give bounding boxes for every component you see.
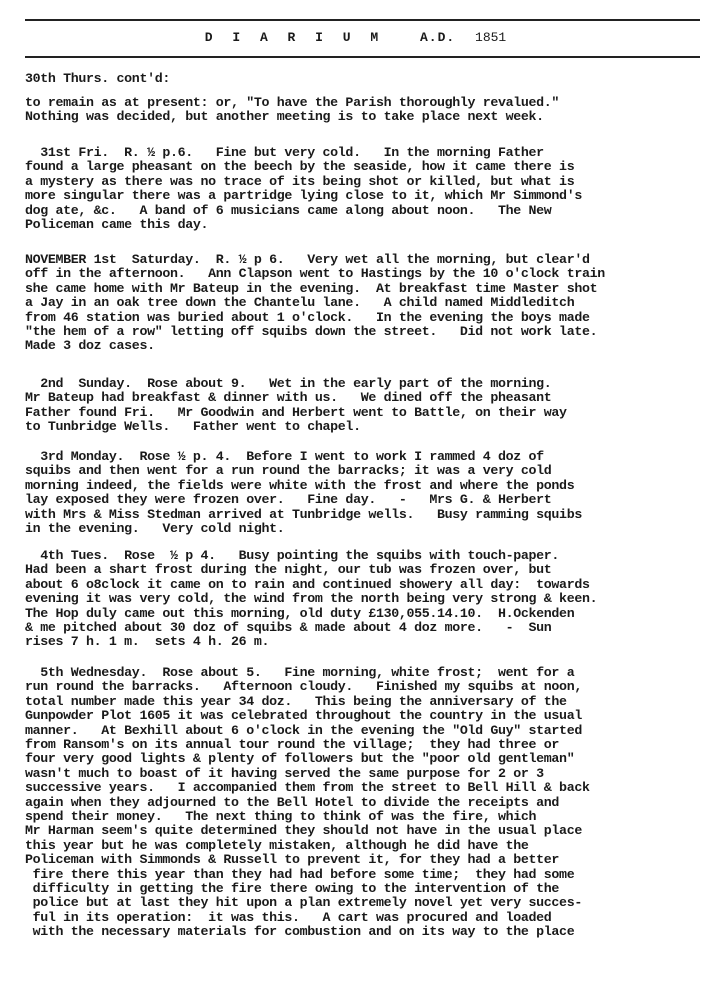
entry-line: fire there this year than they had had b…	[25, 868, 574, 882]
entry-line: Mr Harman seem's quite determined they s…	[25, 824, 582, 838]
entry-line: Gunpowder Plot 1605 it was celebrated th…	[25, 709, 582, 723]
entry-line: Mr Bateup had breakfast & dinner with us…	[25, 391, 551, 405]
entry-line: Father found Fri. Mr Goodwin and Herbert…	[25, 406, 567, 420]
header-title: D I A R I U M	[205, 30, 384, 45]
entry-line: this year but he was completely mistaken…	[25, 839, 529, 853]
header-top-rule	[25, 19, 700, 21]
page-header: D I A R I U M A.D. 1851	[0, 30, 711, 45]
entry-line: morning indeed, the fields were white wi…	[25, 479, 574, 493]
entry-line: dog ate, &c. A band of 6 musicians came …	[25, 204, 551, 218]
entry-line: spend their money. The next thing to thi…	[25, 810, 536, 824]
entry-line: 4th Tues. Rose ½ p 4. Busy pointing the …	[25, 549, 559, 563]
entry-line: successive years. I accompanied them fro…	[25, 781, 590, 795]
entry-line: off in the afternoon. Ann Clapson went t…	[25, 267, 605, 281]
entry-line: 3rd Monday. Rose ½ p. 4. Before I went t…	[25, 450, 544, 464]
entry-line: 2nd Sunday. Rose about 9. Wet in the ear…	[25, 377, 551, 391]
entry-line: & me pitched about 30 doz of squibs & ma…	[25, 621, 551, 635]
entry-line: Had been a shart frost during the night,…	[25, 563, 551, 577]
header-bottom-rule	[25, 56, 700, 58]
continuation-label: 30th Thurs. cont'd:	[25, 72, 170, 86]
entry-line: "the hem of a row" letting off squibs do…	[25, 325, 597, 339]
header-era: A.D.	[420, 30, 455, 45]
entry-line: Policeman with Simmonds & Russell to pre…	[25, 853, 559, 867]
entry-line: ful in its operation: it was this. A car…	[25, 911, 551, 925]
entry-line: to Tunbridge Wells. Father went to chape…	[25, 420, 361, 434]
entry-line: more singular there was a partridge lyin…	[25, 189, 582, 203]
entry-line: run round the barracks. Afternoon cloudy…	[25, 680, 582, 694]
entry-line: squibs and then went for a run round the…	[25, 464, 551, 478]
entry-line: a mystery as there was no trace of its b…	[25, 175, 574, 189]
entry-line: NOVEMBER 1st Saturday. R. ½ p 6. Very we…	[25, 253, 590, 267]
entry-line: The Hop duly came out this morning, old …	[25, 607, 574, 621]
diary-page: D I A R I U M A.D. 1851 30th Thurs. cont…	[0, 0, 711, 982]
entry-line: she came home with Mr Bateup in the even…	[25, 282, 597, 296]
entry-line: evening it was very cold, the wind from …	[25, 592, 597, 606]
entry-line: a Jay in an oak tree down the Chantelu l…	[25, 296, 574, 310]
entry-line: with Mrs & Miss Stedman arrived at Tunbr…	[25, 508, 582, 522]
entry-line: total number made this year 34 doz. This…	[25, 695, 567, 709]
entry-line: four very good lights & plenty of follow…	[25, 752, 574, 766]
entry-line: from 46 station was buried about 1 o'clo…	[25, 311, 590, 325]
entry-line: 5th Wednesday. Rose about 5. Fine mornin…	[25, 666, 574, 680]
entry-line: about 6 o8clock it came on to rain and c…	[25, 578, 590, 592]
entry-line: to remain as at present: or, "To have th…	[25, 96, 559, 110]
header-year: 1851	[475, 30, 506, 45]
entry-line: found a large pheasant on the beech by t…	[25, 160, 574, 174]
entry-line: from Ransom's on its annual tour round t…	[25, 738, 559, 752]
entry-line: with the necessary materials for combust…	[25, 925, 574, 939]
entry-line: 31st Fri. R. ½ p.6. Fine but very cold. …	[25, 146, 544, 160]
entry-line: difficulty in getting the fire there owi…	[25, 882, 559, 896]
entry-line: in the evening. Very cold night.	[25, 522, 284, 536]
entry-line: manner. At Bexhill about 6 o'clock in th…	[25, 724, 582, 738]
entry-line: Policeman came this day.	[25, 218, 208, 232]
entry-line: police but at last they hit upon a plan …	[25, 896, 582, 910]
entry-line: again when they adjourned to the Bell Ho…	[25, 796, 559, 810]
entry-line: lay exposed they were frozen over. Fine …	[25, 493, 551, 507]
entry-line: Nothing was decided, but another meeting…	[25, 110, 544, 124]
entry-line: wasn't much to boast of it having served…	[25, 767, 544, 781]
entry-line: Made 3 doz cases.	[25, 339, 155, 353]
entry-line: rises 7 h. 1 m. sets 4 h. 26 m.	[25, 635, 269, 649]
